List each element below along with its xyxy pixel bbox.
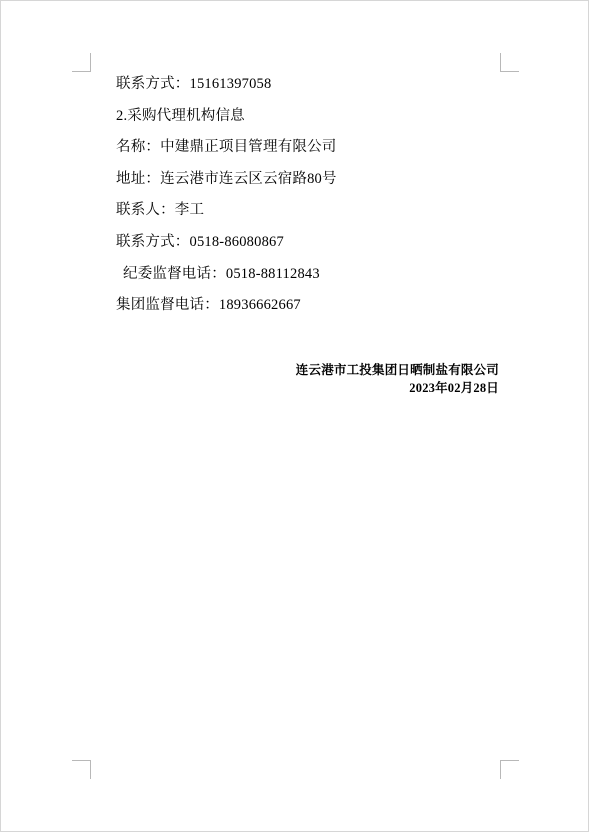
section-heading-agency-info: 2.采购代理机构信息 xyxy=(90,101,500,133)
signature-block: 连云港市工投集团日晒制盐有限公司 2023年02月28日 xyxy=(296,362,499,397)
document-text-area: 联系方式：15161397058 2.采购代理机构信息 名称：中建鼎正项目管理有… xyxy=(90,69,500,322)
crop-mark-top-left xyxy=(72,53,91,72)
agency-address: 地址：连云港市连云区云宿路80号 xyxy=(90,164,500,196)
crop-mark-bottom-right xyxy=(500,760,519,779)
agency-contact-phone: 联系方式：0518-86080867 xyxy=(90,227,500,259)
signature-date: 2023年02月28日 xyxy=(296,380,499,398)
group-supervision-phone: 集团监督电话：18936662667 xyxy=(90,290,500,322)
crop-mark-bottom-left xyxy=(72,760,91,779)
document-page: 联系方式：15161397058 2.采购代理机构信息 名称：中建鼎正项目管理有… xyxy=(0,0,589,832)
crop-mark-top-right xyxy=(500,53,519,72)
signature-company-name: 连云港市工投集团日晒制盐有限公司 xyxy=(296,362,499,380)
purchaser-contact-phone: 联系方式：15161397058 xyxy=(90,69,500,101)
agency-name: 名称：中建鼎正项目管理有限公司 xyxy=(90,132,500,164)
agency-contact-person: 联系人：李工 xyxy=(90,195,500,227)
discipline-supervision-phone: 纪委监督电话：0518-88112843 xyxy=(90,259,500,291)
